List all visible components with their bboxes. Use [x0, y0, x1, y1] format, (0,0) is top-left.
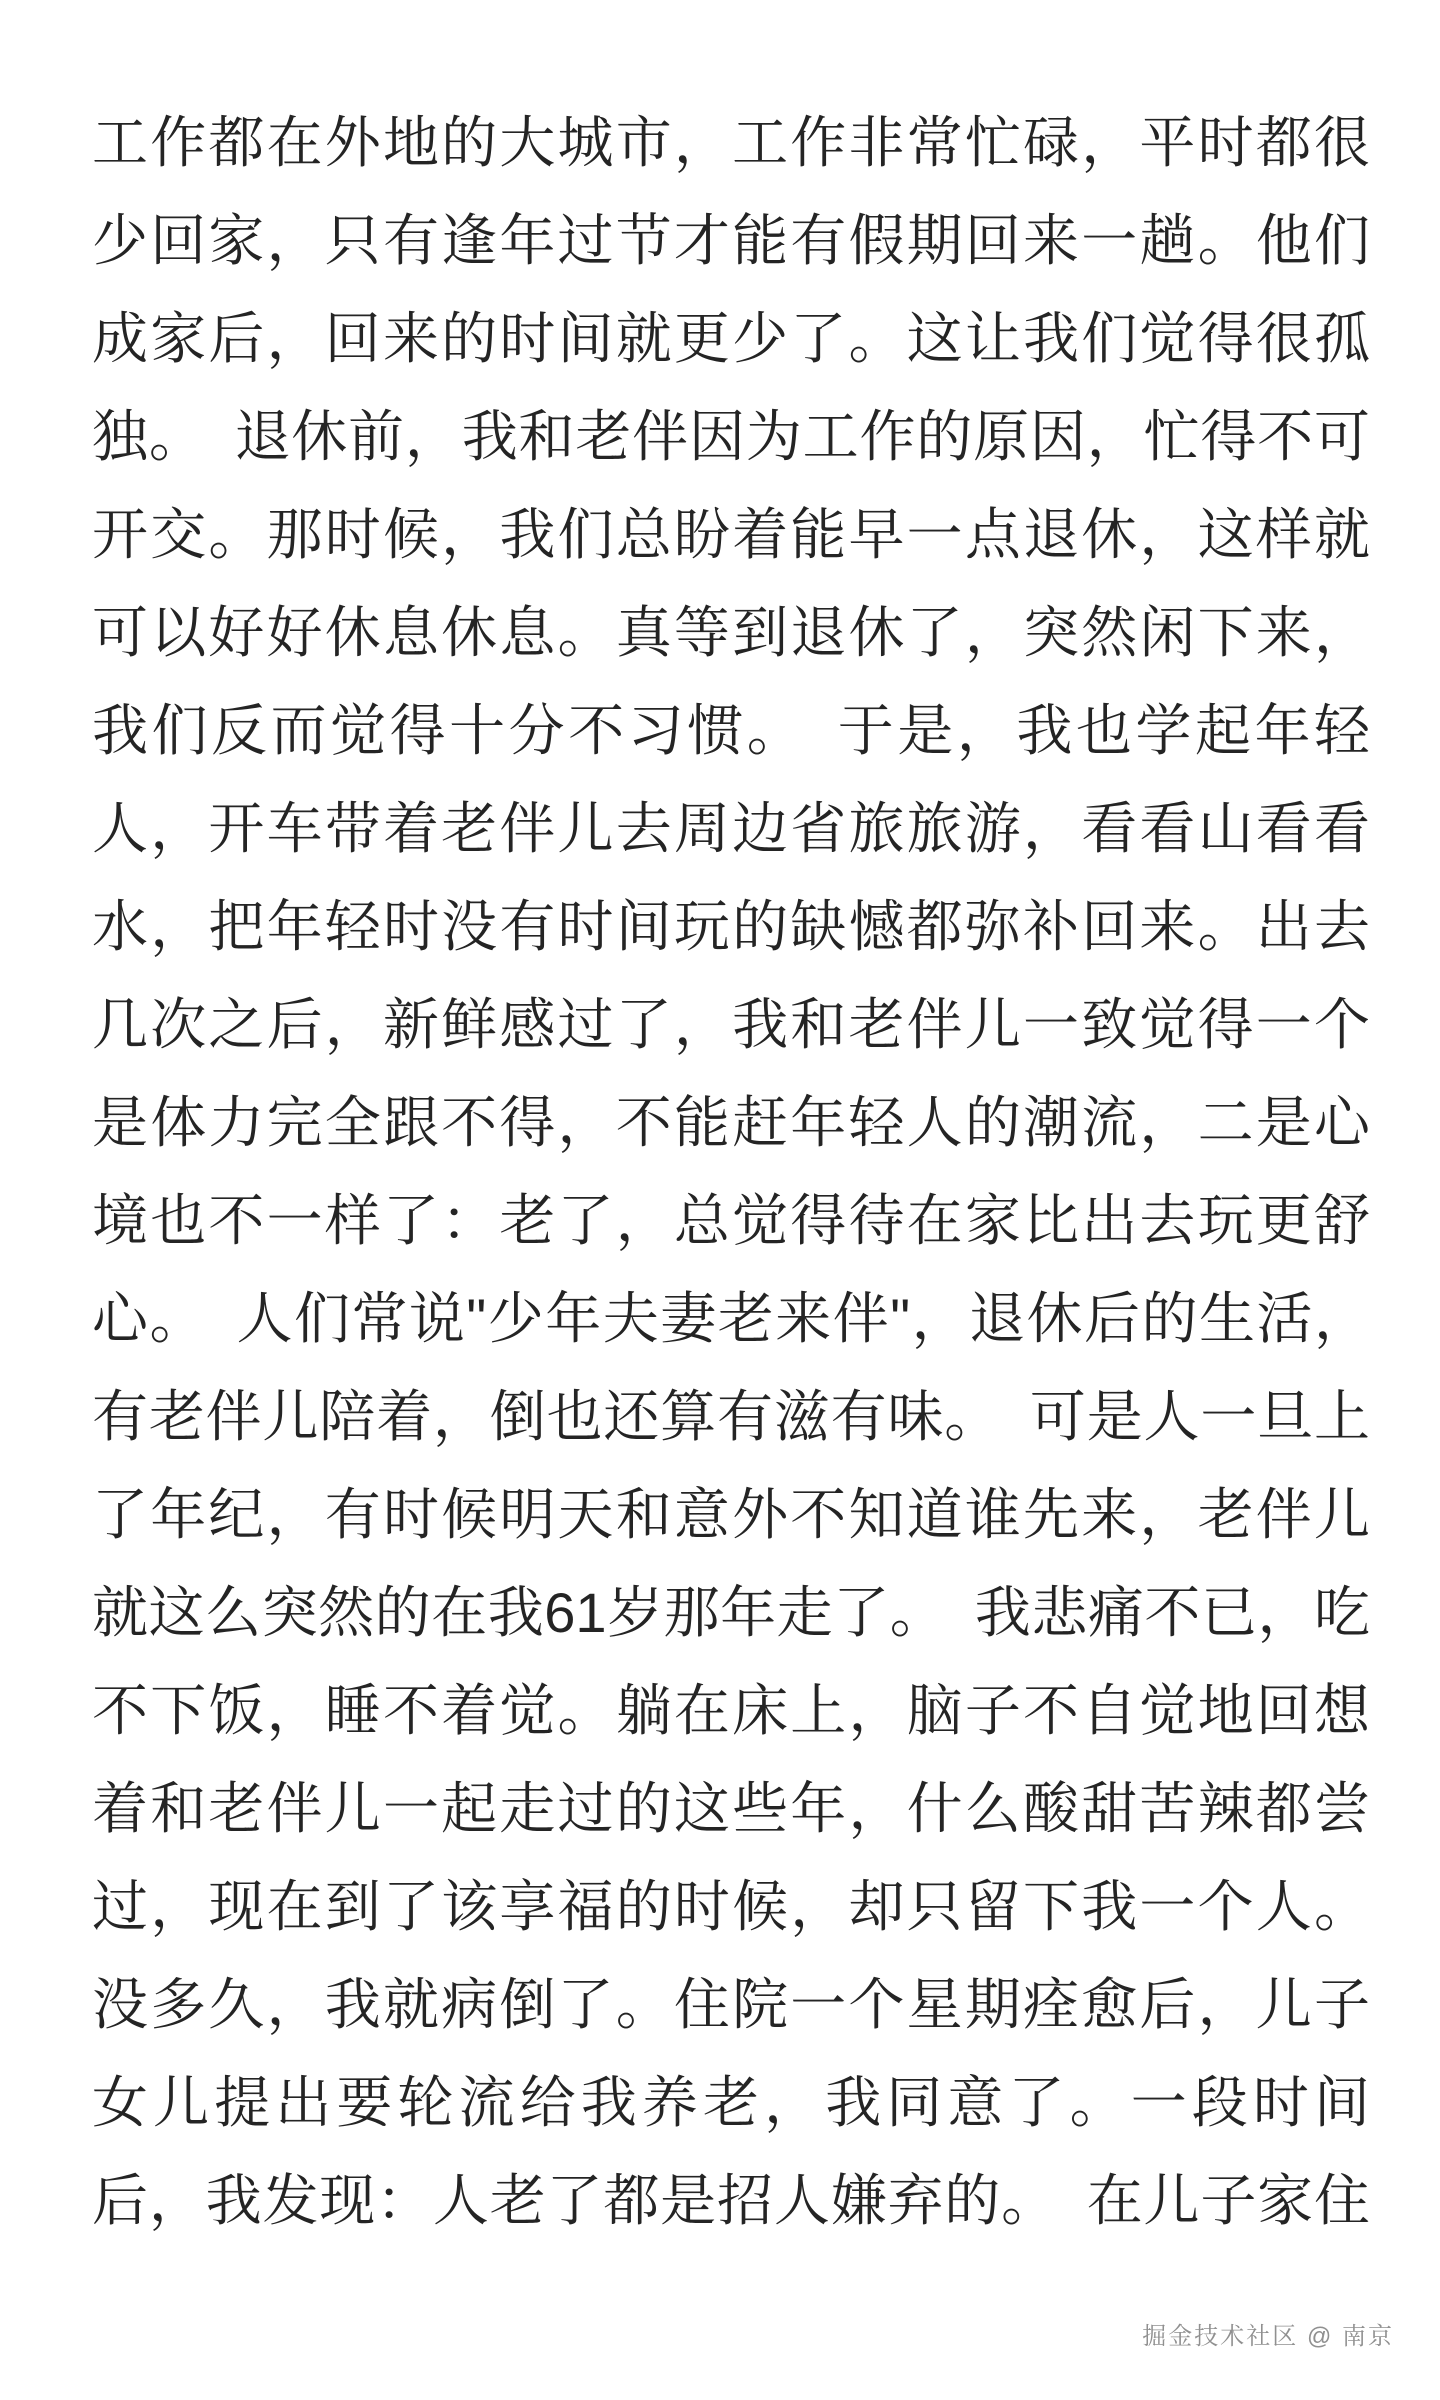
text-line: 了年纪，有时候明天和意外不知道谁先来，老伴儿: [92, 1466, 1370, 1564]
text-line: 没多久，我就病倒了。住院一个星期痊愈后，儿子: [92, 1956, 1370, 2054]
text-line: 开交。那时候，我们总盼着能早一点退休，这样就: [92, 486, 1370, 584]
text-line: 工作都在外地的大城市，工作非常忙碌，平时都很: [92, 94, 1370, 192]
text-line: 我们反而觉得十分不习惯。 于是，我也学起年轻: [92, 682, 1370, 780]
text-line: 水，把年轻时没有时间玩的缺憾都弥补回来。出去: [92, 878, 1370, 976]
text-line: 境也不一样了：老了，总觉得待在家比出去玩更舒: [92, 1172, 1370, 1270]
article-page: 工作都在外地的大城市，工作非常忙碌，平时都很 少回家，只有逢年过节才能有假期回来…: [0, 0, 1440, 2400]
text-line: 就这么突然的在我61岁那年走了。 我悲痛不已，吃: [92, 1564, 1370, 1662]
text-line: 几次之后，新鲜感过了，我和老伴儿一致觉得一个: [92, 976, 1370, 1074]
watermark: 掘金技术社区 @ 南京: [1142, 2320, 1394, 2354]
text-line: 后，我发现：人老了都是招人嫌弃的。 在儿子家住: [92, 2152, 1370, 2250]
text-line: 心。 人们常说"少年夫妻老来伴"，退休后的生活，: [92, 1270, 1370, 1368]
text-line: 女儿提出要轮流给我养老，我同意了。一段时间: [92, 2054, 1370, 2152]
text-line: 不下饭，睡不着觉。躺在床上，脑子不自觉地回想: [92, 1662, 1370, 1760]
text-line: 有老伴儿陪着，倒也还算有滋有味。 可是人一旦上: [92, 1368, 1370, 1466]
text-line: 是体力完全跟不得，不能赶年轻人的潮流，二是心: [92, 1074, 1370, 1172]
text-line: 独。 退休前，我和老伴因为工作的原因，忙得不可: [92, 388, 1370, 486]
article-text: 工作都在外地的大城市，工作非常忙碌，平时都很 少回家，只有逢年过节才能有假期回来…: [92, 94, 1370, 2250]
text-line: 过，现在到了该享福的时候，却只留下我一个人。: [92, 1858, 1370, 1956]
text-line: 少回家，只有逢年过节才能有假期回来一趟。他们: [92, 192, 1370, 290]
text-line: 成家后，回来的时间就更少了。这让我们觉得很孤: [92, 290, 1370, 388]
text-line: 着和老伴儿一起走过的这些年，什么酸甜苦辣都尝: [92, 1760, 1370, 1858]
text-line: 可以好好休息休息。真等到退休了，突然闲下来，: [92, 584, 1370, 682]
text-line: 人，开车带着老伴儿去周边省旅旅游，看看山看看: [92, 780, 1370, 878]
